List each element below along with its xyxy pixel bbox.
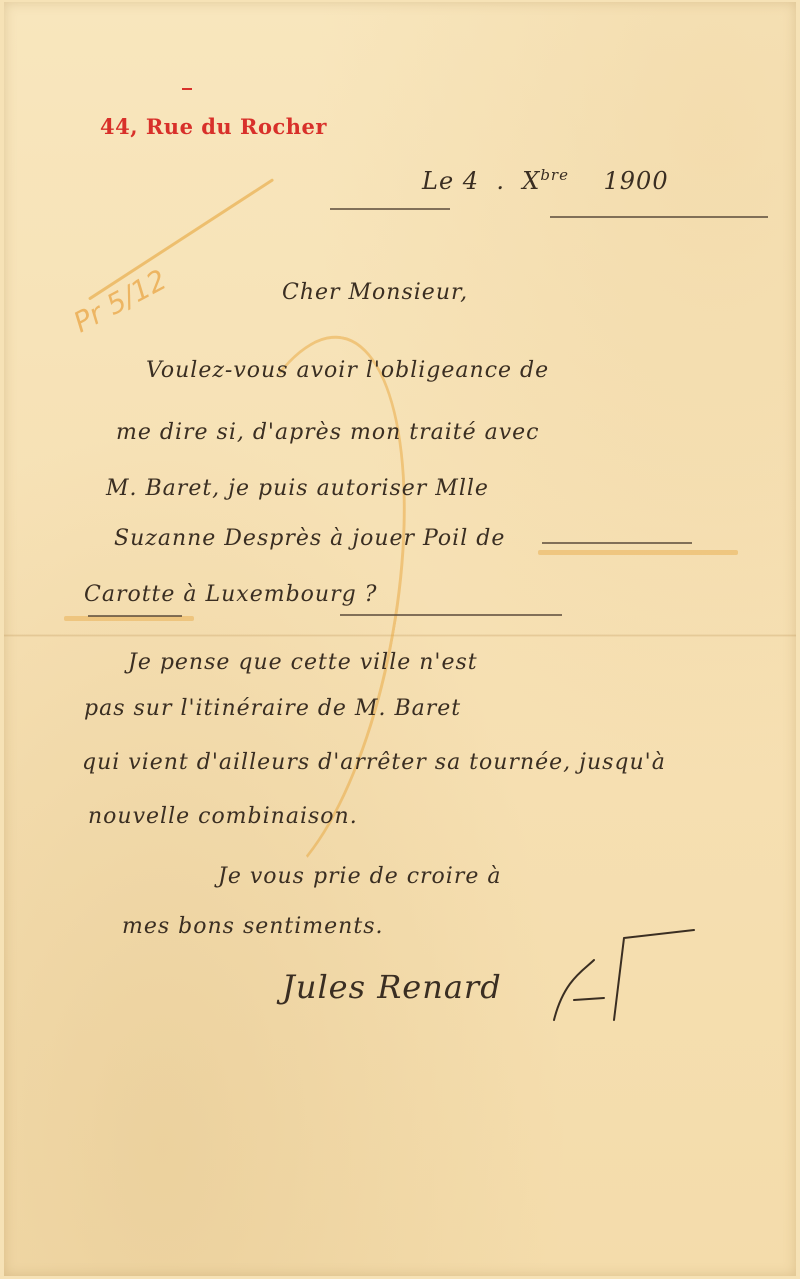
signature-flourish bbox=[534, 920, 704, 1040]
paper-fold-line bbox=[4, 634, 796, 637]
letter-date: Le 4 . Xbre 1900 bbox=[422, 166, 669, 195]
highlight-carotte bbox=[64, 616, 194, 621]
letter-line-3: M. Baret, je puis autoriser Mlle bbox=[106, 476, 489, 501]
salutation: Cher Monsieur, bbox=[282, 280, 468, 305]
letterhead-mark bbox=[182, 88, 192, 90]
highlight-poil-de bbox=[538, 550, 738, 555]
signature: Jules Renard bbox=[282, 968, 502, 1006]
date-month-suffix: bre bbox=[540, 166, 569, 184]
date-month: X bbox=[522, 167, 540, 195]
letter-line-5: Carotte à Luxembourg ? bbox=[84, 582, 377, 607]
letter-line-7: pas sur l'itinéraire de M. Baret bbox=[84, 696, 461, 721]
underline-luxembourg bbox=[340, 614, 562, 616]
letter-paper: 44, Rue du Rocher Le 4 . Xbre 1900 Pr 5/… bbox=[4, 2, 796, 1276]
letter-line-8: qui vient d'ailleurs d'arrêter sa tourné… bbox=[82, 750, 666, 775]
date-underline-left bbox=[330, 208, 450, 210]
underline-poil-de bbox=[542, 542, 692, 544]
letter-line-4: Suzanne Desprès à jouer Poil de bbox=[114, 526, 505, 551]
letter-line-2: me dire si, d'après mon traité avec bbox=[116, 420, 540, 445]
margin-annotation: Pr 5/12 bbox=[68, 263, 172, 339]
letter-line-1: Voulez-vous avoir l'obligeance de bbox=[146, 358, 549, 383]
annotation-slash bbox=[88, 178, 274, 300]
underline-carotte bbox=[88, 615, 182, 617]
date-year: 1900 bbox=[604, 167, 669, 195]
date-day: Le 4 bbox=[422, 167, 479, 195]
date-underline-right bbox=[550, 216, 768, 218]
letter-line-9: nouvelle combinaison. bbox=[88, 804, 358, 829]
letter-line-6: Je pense que cette ville n'est bbox=[128, 650, 478, 675]
letter-line-10: Je vous prie de croire à bbox=[218, 864, 501, 889]
letterhead-address: 44, Rue du Rocher bbox=[100, 114, 327, 139]
letter-line-11: mes bons sentiments. bbox=[122, 914, 383, 939]
